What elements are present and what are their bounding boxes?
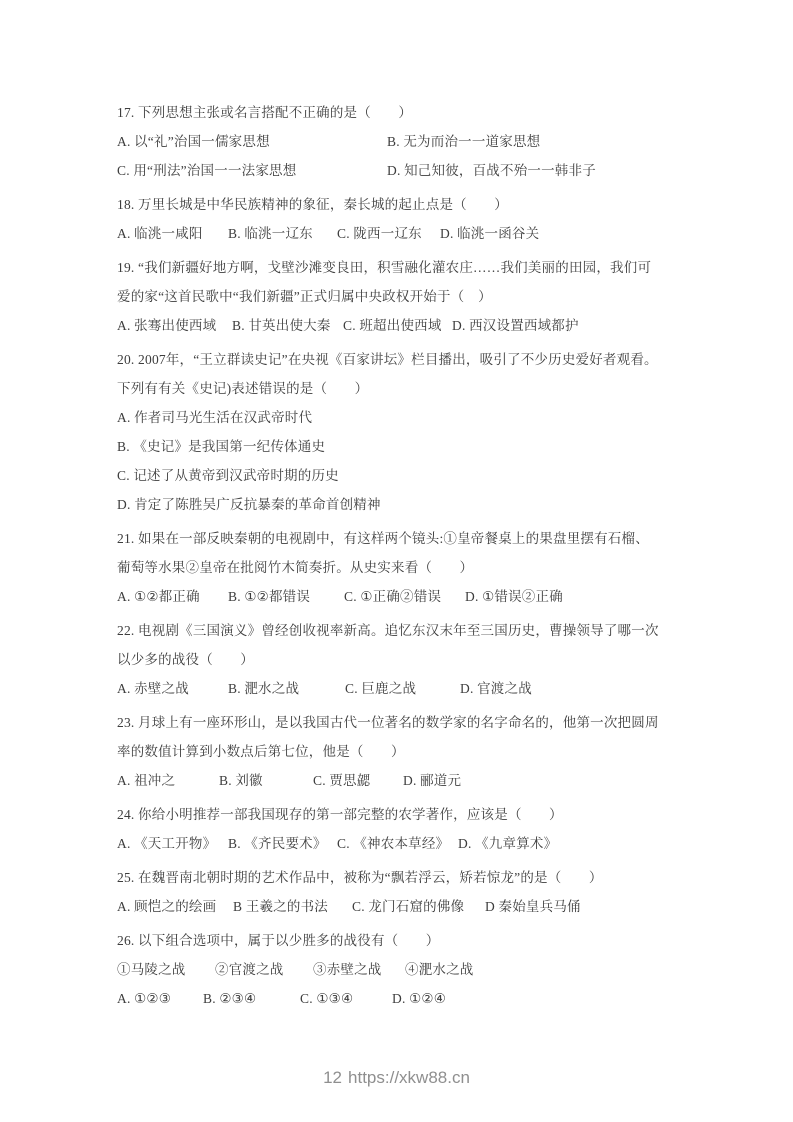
option-b: B. 临洮一辽东 — [228, 219, 337, 248]
option-b: B. 《史记》是我国第一纪传体通史 — [117, 432, 662, 461]
option-a: A. 以“礼”治国一儒家思想 — [117, 127, 387, 156]
option-a: A. 《天工开物》 — [117, 829, 228, 858]
option-c: C. 陇西一辽东 — [337, 219, 440, 248]
option-d: D. 官渡之战 — [460, 674, 662, 703]
option-d: D. 知己知彼，百战不殆一一韩非子 — [387, 156, 662, 185]
question-18: 18. 万里长城是中华民族精神的象征，秦长城的起止点是（ ） A. 临洮一咸阳 … — [117, 190, 662, 248]
sub-item-3: ③赤壁之战 — [313, 955, 405, 984]
option-b: B. ①②都错误 — [228, 582, 344, 611]
option-b: B. 甘英出使大秦 — [232, 311, 343, 340]
question-21-options-row: A. ①②都正确 B. ①②都错误 C. ①正确②错误 D. ①错误②正确 — [117, 582, 662, 611]
option-c: C. 记述了从黄帝到汉武帝时期的历史 — [117, 461, 662, 490]
sub-item-4: ④淝水之战 — [405, 955, 662, 984]
question-17: 17. 下列思想主张或名言搭配不正确的是（ ） A. 以“礼”治国一儒家思想 B… — [117, 98, 662, 185]
question-25-stem: 25. 在魏晋南北朝时期的艺术作品中，被称为“飘若浮云，矫若惊龙”的是（ ） — [117, 863, 662, 892]
question-19-options-row: A. 张骞出使西域 B. 甘英出使大秦 C. 班超出使西域 D. 西汉设置西域都… — [117, 311, 662, 340]
option-d: D 秦始皇兵马俑 — [485, 892, 662, 921]
question-23: 23. 月球上有一座环形山，是以我国古代一位著名的数学家的名字命名的，他第一次把… — [117, 708, 662, 795]
option-c: C. 用“刑法”治国一一法家思想 — [117, 156, 387, 185]
option-a: A. 祖冲之 — [117, 766, 219, 795]
sub-item-1: ①马陵之战 — [117, 955, 215, 984]
page-footer: 12https://xkw88.cn — [0, 1067, 793, 1089]
question-26-stem: 26. 以下组合选项中，属于以少胜多的战役有（ ） — [117, 926, 662, 955]
question-20: 20. 2007年，“王立群读史记”在央视《百家讲坛》栏目播出，吸引了不少历史爱… — [117, 345, 662, 519]
option-a: A. 作者司马光生活在汉武帝时代 — [117, 403, 662, 432]
question-24-options-row: A. 《天工开物》 B. 《齐民要术》 C. 《神农本草经》 D. 《九章算术》 — [117, 829, 662, 858]
option-b: B. 《齐民要术》 — [228, 829, 337, 858]
option-a: A. 顾恺之的绘画 — [117, 892, 233, 921]
option-c: C. ①正确②错误 — [344, 582, 465, 611]
question-17-stem: 17. 下列思想主张或名言搭配不正确的是（ ） — [117, 98, 662, 127]
question-18-options-row: A. 临洮一咸阳 B. 临洮一辽东 C. 陇西一辽东 D. 临洮一函谷关 — [117, 219, 662, 248]
option-d: D. ①②④ — [392, 984, 662, 1013]
question-23-stem: 23. 月球上有一座环形山，是以我国古代一位著名的数学家的名字命名的，他第一次把… — [117, 708, 662, 766]
option-b: B. 无为而治一一道家思想 — [387, 127, 662, 156]
option-b: B. 淝水之战 — [228, 674, 345, 703]
option-b: B. 刘徽 — [219, 766, 313, 795]
page-number: 12 — [323, 1068, 342, 1087]
question-17-options-row-2: C. 用“刑法”治国一一法家思想 D. 知己知彼，百战不殆一一韩非子 — [117, 156, 662, 185]
option-d: D. 肯定了陈胜吴广反抗暴秦的革命首创精神 — [117, 490, 662, 519]
option-d: D. ①错误②正确 — [465, 582, 662, 611]
question-25: 25. 在魏晋南北朝时期的艺术作品中，被称为“飘若浮云，矫若惊龙”的是（ ） A… — [117, 863, 662, 921]
option-a: A. 张骞出使西域 — [117, 311, 232, 340]
question-25-options-row: A. 顾恺之的绘画 B 王羲之的书法 C. 龙门石窟的佛像 D 秦始皇兵马俑 — [117, 892, 662, 921]
question-22-stem: 22. 电视剧《三国演义》曾经创收视率新高。追忆东汉末年至三国历史，曹操领导了哪… — [117, 616, 662, 674]
sub-item-2: ②官渡之战 — [215, 955, 313, 984]
option-a: A. ①②都正确 — [117, 582, 228, 611]
option-c: C. 《神农本草经》 — [337, 829, 458, 858]
option-d: D. 临洮一函谷关 — [440, 219, 662, 248]
question-17-options-row-1: A. 以“礼”治国一儒家思想 B. 无为而治一一道家思想 — [117, 127, 662, 156]
question-22-options-row: A. 赤壁之战 B. 淝水之战 C. 巨鹿之战 D. 官渡之战 — [117, 674, 662, 703]
option-c: C. 龙门石窟的佛像 — [352, 892, 485, 921]
option-a: A. ①②③ — [117, 984, 203, 1013]
source-url: https://xkw88.cn — [348, 1068, 470, 1087]
option-c: C. ①③④ — [300, 984, 392, 1013]
option-d: D. 郦道元 — [403, 766, 662, 795]
option-a: A. 临洮一咸阳 — [117, 219, 228, 248]
option-b: B. ②③④ — [203, 984, 300, 1013]
question-19-stem: 19. “我们新疆好地方啊，戈壁沙滩变良田，积雪融化灌农庄……我们美丽的田园，我… — [117, 253, 662, 311]
option-d: D. 西汉设置西域都护 — [452, 311, 662, 340]
option-b: B 王羲之的书法 — [233, 892, 352, 921]
question-26-options-row: A. ①②③ B. ②③④ C. ①③④ D. ①②④ — [117, 984, 662, 1013]
question-24: 24. 你给小明推荐一部我国现存的第一部完整的农学著作，应该是（ ） A. 《天… — [117, 800, 662, 858]
question-18-stem: 18. 万里长城是中华民族精神的象征，秦长城的起止点是（ ） — [117, 190, 662, 219]
question-26-subitems-row: ①马陵之战 ②官渡之战 ③赤壁之战 ④淝水之战 — [117, 955, 662, 984]
question-19: 19. “我们新疆好地方啊，戈壁沙滩变良田，积雪融化灌农庄……我们美丽的田园，我… — [117, 253, 662, 340]
question-22: 22. 电视剧《三国演义》曾经创收视率新高。追忆东汉末年至三国历史，曹操领导了哪… — [117, 616, 662, 703]
question-21: 21. 如果在一部反映秦朝的电视剧中，有这样两个镜头:①皇帝餐桌上的果盘里摆有石… — [117, 524, 662, 611]
exam-question-list: 17. 下列思想主张或名言搭配不正确的是（ ） A. 以“礼”治国一儒家思想 B… — [117, 98, 662, 1018]
question-20-stem: 20. 2007年，“王立群读史记”在央视《百家讲坛》栏目播出，吸引了不少历史爱… — [117, 345, 662, 403]
question-23-options-row: A. 祖冲之 B. 刘徽 C. 贾思勰 D. 郦道元 — [117, 766, 662, 795]
question-26: 26. 以下组合选项中，属于以少胜多的战役有（ ） ①马陵之战 ②官渡之战 ③赤… — [117, 926, 662, 1013]
question-24-stem: 24. 你给小明推荐一部我国现存的第一部完整的农学著作，应该是（ ） — [117, 800, 662, 829]
question-21-stem: 21. 如果在一部反映秦朝的电视剧中，有这样两个镜头:①皇帝餐桌上的果盘里摆有石… — [117, 524, 662, 582]
option-a: A. 赤壁之战 — [117, 674, 228, 703]
option-c: C. 班超出使西域 — [343, 311, 452, 340]
option-c: C. 巨鹿之战 — [345, 674, 460, 703]
option-d: D. 《九章算术》 — [458, 829, 662, 858]
option-c: C. 贾思勰 — [313, 766, 403, 795]
